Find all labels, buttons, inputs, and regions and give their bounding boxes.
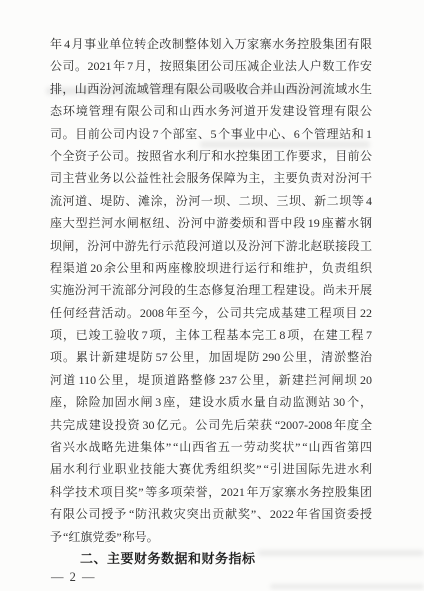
body-line: 态环境管理有限公司和山西水务河道开发建设管理有限公	[50, 100, 372, 122]
body-line: 共完成建设投资 30 亿元。公司先后荣获 “2007-2008 年度全	[50, 414, 372, 436]
body-line: 年 4 月事业单位转企改制整体划入万家寨水务控股集团有限	[50, 33, 372, 55]
body-line: 实施汾河干流部分河段的生态修复治理工程建设。尚未开展	[50, 279, 372, 301]
body-line: 任何经营活动。2008 年至今，公司共完成基建工程项目 22	[50, 302, 372, 324]
body-line: 程渠道 20 余公里和两座橡胶坝进行运行和维护，负责组织	[50, 257, 372, 279]
body-line: 省兴水战略先进集体” “山西省五一劳动奖状” “山西省第四	[50, 436, 372, 458]
body-line: 有限公司授予 “防汛救灾突出贡献奖”、2022 年省国资委授	[50, 503, 372, 525]
body-line: 河道 110 公里，堤顶道路整修 237 公里，新建拦河闸坝 20	[50, 369, 372, 391]
body-line: 司主营业务以公益性社会服务保障为主，主要负责对汾河干	[50, 167, 372, 189]
body-line: 司。目前公司内设 7 个部室、5 个事业中心、6 个管理站和 1	[50, 123, 372, 145]
body-line: 予 “红旗党委” 称号。	[50, 526, 372, 548]
body-line: 坝闸，汾河中游先行示范段河道以及汾河下游北赵联接段工	[50, 235, 372, 257]
body-line: 项。累计新建堤防 57 公里，加固堤防 290 公里，清淤整治	[50, 346, 372, 368]
section-heading: 二、主要财务数据和财务指标	[50, 548, 372, 570]
body-line: 座大型拦河水闸枢纽、汾河中游娄烦和晋中段 19 座蓄水钢	[50, 212, 372, 234]
body-line: 科学技术项目奖” 等多项荣誉，2021 年万家寨水务控股集团	[50, 481, 372, 503]
paragraph: 年 4 月事业单位转企改制整体划入万家寨水务控股集团有限 公司。2021 年 7…	[50, 33, 372, 570]
body-line: 座，除险加固水闸 3 座，建设水质水量自动监测站 30 个，	[50, 391, 372, 413]
scan-smudge	[270, 584, 424, 589]
body-line: 个全资子公司。按照省水利厅和水控集团工作要求，目前公	[50, 145, 372, 167]
page-number: — 2 —	[51, 570, 96, 585]
body-line: 排，山西汾河流域管理有限公司吸收合并山西汾河流域水生	[50, 78, 372, 100]
body-line: 流河道、堤防、滩涂，汾河一坝、二坝、三坝、新二坝等 4	[50, 190, 372, 212]
body-line: 项，已竣工验收 7 项，主体工程基本完工 8 项，在建工程 7	[50, 324, 372, 346]
body-line: 届水利行业职业技能大赛优秀组织奖” “引进国际先进水利	[50, 458, 372, 480]
body-line: 公司。2021 年 7 月，按照集团公司压减企业法人户数工作安	[50, 55, 372, 77]
document-page: 年 4 月事业单位转企改制整体划入万家寨水务控股集团有限 公司。2021 年 7…	[0, 0, 424, 591]
